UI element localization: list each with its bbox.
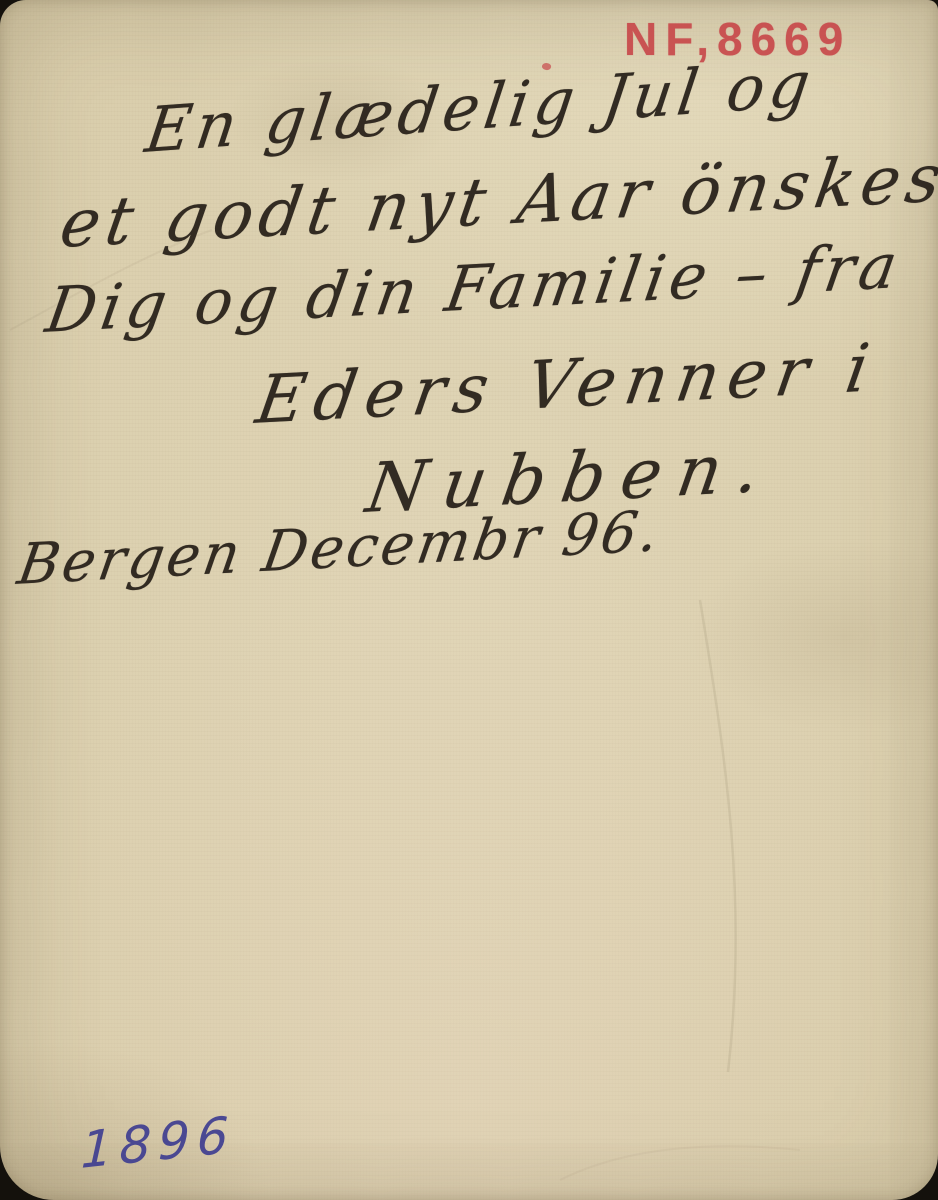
- handwriting-line-greeting-1: En glædelig Jul og: [142, 53, 819, 162]
- year-annotation: 1896: [80, 1105, 236, 1180]
- handwriting-line-signature-1: Eders Venner i: [252, 335, 882, 434]
- handwriting-dateline: Bergen Decembr 96.: [14, 504, 665, 594]
- photo-card-back: NF,8669 En glædelig Jul og et godt nyt A…: [0, 0, 938, 1200]
- scan-background: NF,8669 En glædelig Jul og et godt nyt A…: [0, 0, 938, 1200]
